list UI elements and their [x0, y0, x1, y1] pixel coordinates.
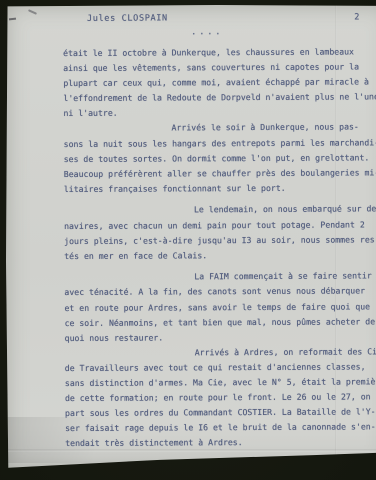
text-line: quoi nous restaurer.: [65, 329, 376, 346]
text-line: ce soir. Néanmoins, et tant bien que mal…: [65, 314, 376, 331]
text-line: litaires françaises fonctionnant sur le …: [64, 180, 376, 197]
text-line: navires, avec chacun un demi pain pour t…: [64, 217, 376, 234]
text-line: sans distinction d'armes. Ma Cie, avec l…: [65, 374, 376, 391]
text-line: l'effondrement de la Redoute de Dorpveld…: [63, 90, 376, 107]
scanned-document-photo: { "document": { "author": "Jules CLOSPAI…: [0, 0, 376, 480]
text-line: tés en mer en face de Calais.: [64, 247, 376, 264]
text-line: ni l'autre.: [63, 105, 376, 122]
text-line: sons la nuit sous les hangars des entrep…: [64, 135, 376, 152]
text-line: et en route pour Ardres, sans avoir le t…: [64, 299, 376, 316]
page-header: Jules CLOSPAIN 2: [6, 3, 376, 24]
text-line: Beaucoup préférèrent aller se chauffer p…: [64, 165, 376, 182]
text-line: ses de toutes sortes. On dormit comme l'…: [64, 150, 376, 167]
text-line: avec ténacité. A la fin, des canots sont…: [64, 284, 376, 301]
author-name: Jules CLOSPAIN: [87, 13, 168, 23]
text-line: ser faisait rage depuis le I6 et le brui…: [65, 420, 376, 437]
text-line: de Travailleurs avec tout ce qui restait…: [65, 359, 376, 376]
text-line: de cette formation; en route pour le fro…: [65, 389, 376, 406]
paper-sheet: Jules CLOSPAIN 2 .... était le II octobr…: [6, 5, 376, 471]
page-number: 2: [354, 12, 360, 22]
typewritten-content: Jules CLOSPAIN 2 .... était le II octobr…: [6, 3, 376, 471]
text-line: La FAIM commençait à se faire sentir: [64, 269, 376, 286]
text-line: ainsi que les vêtements, sans couverture…: [63, 59, 376, 76]
text-line: plupart car ceux qui, comme moi, avaient…: [63, 74, 376, 91]
separator-dots: ....: [191, 26, 376, 37]
text-line: Arrivés à Ardres, on reformait des Cies: [65, 344, 376, 361]
document-lines: était le II octobre à Dunkerque, les cha…: [6, 44, 376, 473]
text-line: part sous les ordres du Commandant COSTI…: [65, 404, 376, 421]
text-line: Arrivés le soir à Dunkerque, nous pas-: [64, 120, 376, 137]
text-line: Le lendemain, on nous embarqué sur des: [64, 202, 376, 219]
text-line: tendait très distinctement à Ardres.: [65, 435, 376, 452]
text-line: jours pleins, c'est-à-dire jusqu'au I3 a…: [64, 232, 376, 249]
text-line: était le II octobre à Dunkerque, les cha…: [63, 44, 376, 61]
